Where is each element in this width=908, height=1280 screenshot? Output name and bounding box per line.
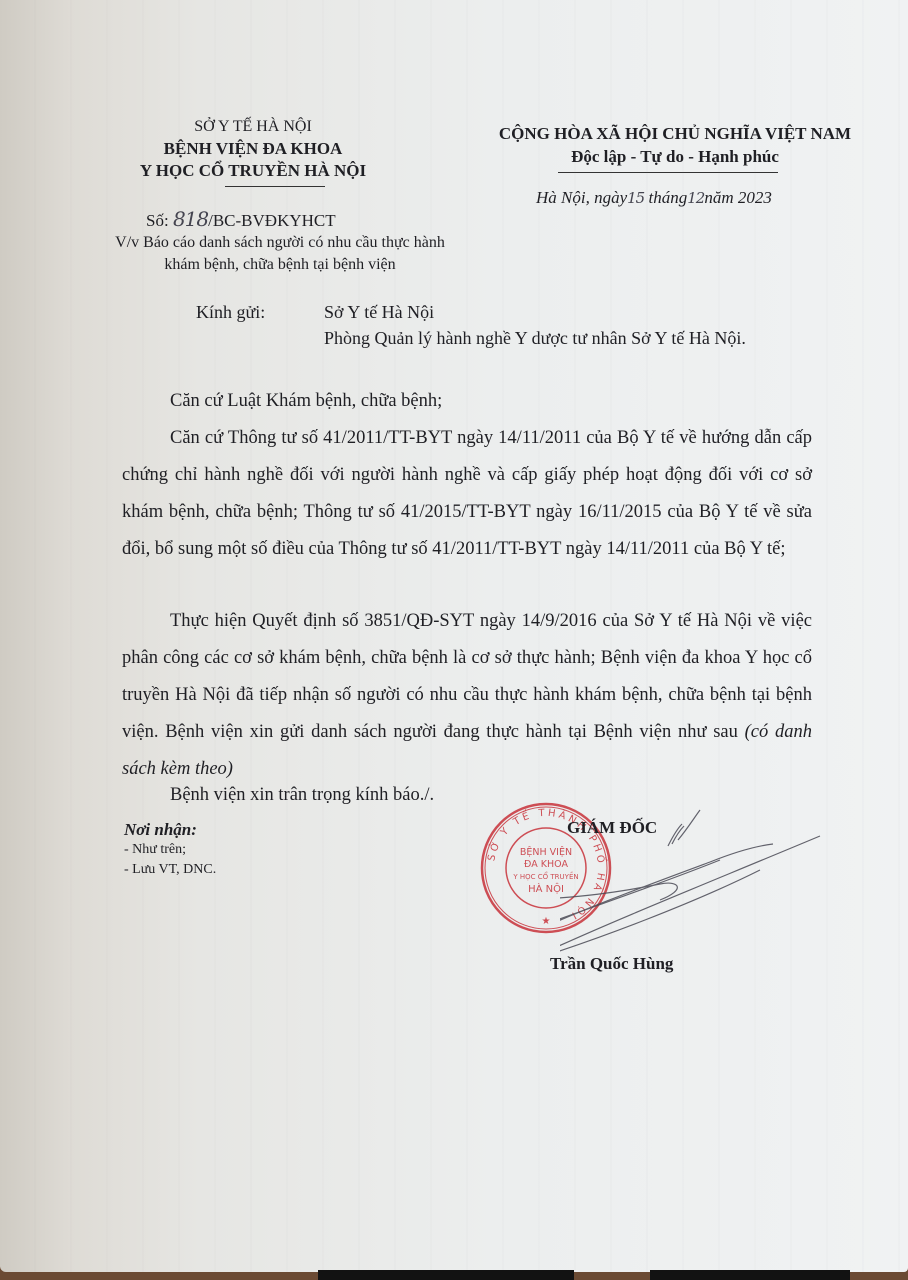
national-header-block: CỘNG HÒA XÃ HỘI CHỦ NGHĨA VIỆT NAM Độc l… [480, 122, 870, 168]
document-number: Số: 818/BC-BVĐKYHCT [146, 207, 336, 231]
distribution-block: Nơi nhận: - Như trên; - Lưu VT, DNC. [124, 820, 216, 880]
body-paragraph-3-text: Thực hiện Quyết định số 3851/QĐ-SYT ngày… [122, 611, 812, 742]
date-year: năm 2023 [704, 188, 772, 207]
header-left-underline [225, 186, 325, 187]
date-line: Hà Nội, ngày15 tháng12năm 2023 [536, 188, 772, 208]
body-paragraph-1: Căn cứ Luật Khám bệnh, chữa bệnh; [122, 383, 812, 420]
document-page: SỞ Y TẾ HÀ NỘI BỆNH VIỆN ĐA KHOA Y HỌC C… [0, 0, 908, 1272]
handwritten-signature-icon [560, 800, 860, 980]
doc-number-label: Số: [146, 211, 169, 230]
date-month-handwritten: 12 [687, 189, 704, 207]
distribution-item: - Lưu VT, DNC. [124, 860, 216, 880]
hospital-name-line1: BỆNH VIỆN ĐA KHOA [118, 138, 388, 160]
desk-background [650, 1270, 850, 1280]
desk-background [318, 1270, 574, 1280]
nation-name: CỘNG HÒA XÃ HỘI CHỦ NGHĨA VIỆT NAM [480, 122, 870, 145]
department-name: SỞ Y TẾ HÀ NỘI [118, 116, 388, 138]
doc-number-handwritten: 818 [173, 207, 208, 231]
svg-text:HÀ NỘI: HÀ NỘI [528, 882, 564, 895]
doc-number-suffix: /BC-BVĐKYHCT [208, 211, 336, 230]
body-paragraph-3: Thực hiện Quyết định số 3851/QĐ-SYT ngày… [122, 603, 812, 788]
hospital-name-line2: Y HỌC CỔ TRUYỀN HÀ NỘI [118, 160, 388, 182]
subject-line1: V/v Báo cáo danh sách người có nhu cầu t… [100, 232, 460, 254]
svg-text:★: ★ [542, 916, 551, 927]
header-right-underline [558, 172, 778, 173]
issuing-authority-block: SỞ Y TẾ HÀ NỘI BỆNH VIỆN ĐA KHOA Y HỌC C… [118, 116, 388, 182]
subject-line2: khám bệnh, chữa bệnh tại bệnh viện [100, 254, 460, 276]
signatory-name: Trần Quốc Hùng [550, 954, 673, 974]
date-month-label: tháng [648, 188, 687, 207]
national-motto: Độc lập - Tự do - Hạnh phúc [480, 145, 870, 168]
recipient-item: Sở Y tế Hà Nội [324, 302, 434, 323]
distribution-label: Nơi nhận: [124, 820, 216, 840]
recipient-item: Phòng Quản lý hành nghề Y dược tư nhân S… [324, 328, 746, 349]
recipients-label: Kính gửi: [196, 302, 265, 323]
distribution-item: - Như trên; [124, 840, 216, 860]
subject-line: V/v Báo cáo danh sách người có nhu cầu t… [100, 232, 460, 276]
body-paragraph-2: Căn cứ Thông tư số 41/2011/TT-BYT ngày 1… [122, 420, 812, 568]
date-prefix: Hà Nội, ngày [536, 188, 627, 207]
date-day-handwritten: 15 [627, 189, 644, 207]
